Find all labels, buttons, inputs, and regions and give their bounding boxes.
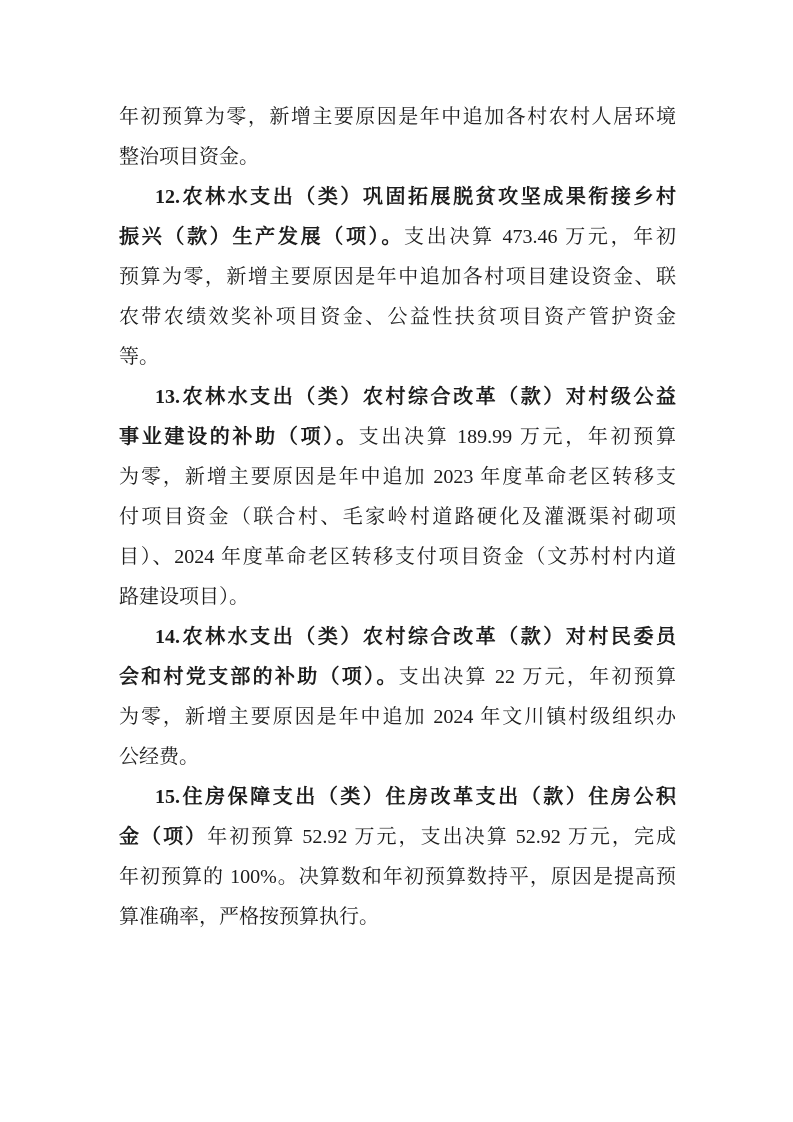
line-bold-segment: 振兴（款）生产发展（项）。 bbox=[119, 226, 404, 248]
line-regular-segment: 年初预算为零，新增主要原因是年中追加各村农村人居环境 bbox=[119, 106, 676, 128]
text-line: 农带农绩效奖补项目资金、公益性扶贫项目资产管护资金 bbox=[119, 297, 676, 337]
line-bold-segment: 会和村党支部的补助（项）。 bbox=[119, 666, 399, 688]
line-regular-segment: 预算为零，新增主要原因是年中追加各村项目建设资金、联 bbox=[119, 266, 676, 288]
text-line-heading-13: 13.农林水支出（类）农村综合改革（款）对村级公益 bbox=[119, 377, 676, 417]
text-line-heading-14: 14.农林水支出（类）农村综合改革（款）对村民委员 bbox=[119, 617, 676, 657]
line-regular-segment: 年初预算 52.92 万元，支出决算 52.92 万元，完成 bbox=[207, 826, 676, 848]
text-line: 会和村党支部的补助（项）。支出决算 22 万元，年初预算 bbox=[119, 657, 676, 697]
line-bold-segment: 12.农林水支出（类）巩固拓展脱贫攻坚成果衔接乡村 bbox=[155, 186, 676, 208]
line-regular-segment: 支出决算 473.46 万元，年初 bbox=[404, 226, 676, 248]
text-line: 为零，新增主要原因是年中追加 2024 年文川镇村级组织办 bbox=[119, 697, 676, 737]
line-regular-segment: 目）、2024 年度革命老区转移支付项目资金（文苏村村内道 bbox=[119, 546, 676, 568]
line-regular-segment: 年初预算的 100%。决算数和年初预算数持平，原因是提高预 bbox=[119, 866, 676, 888]
line-bold-segment: 13.农林水支出（类）农村综合改革（款）对村级公益 bbox=[155, 386, 676, 408]
line-bold-segment: 事业建设的补助（项）。 bbox=[119, 426, 359, 448]
line-regular-segment: 支出决算 189.99 万元，年初预算 bbox=[359, 426, 676, 448]
line-bold-segment: 14.农林水支出（类）农村综合改革（款）对村民委员 bbox=[155, 626, 676, 648]
text-line: 算准确率，严格按预算执行。 bbox=[119, 897, 676, 937]
text-line: 年初预算为零，新增主要原因是年中追加各村农村人居环境 bbox=[119, 97, 676, 137]
line-bold-segment: 15.住房保障支出（类）住房改革支出（款）住房公积 bbox=[155, 786, 676, 808]
text-line: 振兴（款）生产发展（项）。支出决算 473.46 万元，年初 bbox=[119, 217, 676, 257]
line-regular-segment: 为零，新增主要原因是年中追加 2024 年文川镇村级组织办 bbox=[119, 706, 676, 728]
line-regular-segment: 支出决算 22 万元，年初预算 bbox=[399, 666, 676, 688]
text-line: 年初预算的 100%。决算数和年初预算数持平，原因是提高预 bbox=[119, 857, 676, 897]
text-line: 等。 bbox=[119, 337, 676, 377]
text-line: 目）、2024 年度革命老区转移支付项目资金（文苏村村内道 bbox=[119, 537, 676, 577]
text-line: 整治项目资金。 bbox=[119, 137, 676, 177]
line-bold-segment: 金（项） bbox=[119, 826, 207, 848]
line-regular-segment: 算准确率，严格按预算执行。 bbox=[119, 906, 379, 928]
line-regular-segment: 为零，新增主要原因是年中追加 2023 年度革命老区转移支 bbox=[119, 466, 676, 488]
document-body: 年初预算为零，新增主要原因是年中追加各村农村人居环境 整治项目资金。 12.农林… bbox=[119, 97, 676, 937]
text-line: 路建设项目）。 bbox=[119, 577, 676, 617]
line-regular-segment: 路建设项目）。 bbox=[119, 586, 249, 608]
line-regular-segment: 等。 bbox=[119, 346, 159, 368]
line-regular-segment: 整治项目资金。 bbox=[119, 146, 259, 168]
text-line: 付项目资金（联合村、毛家岭村道路硬化及灌溉渠衬砌项 bbox=[119, 497, 676, 537]
text-line: 金（项）年初预算 52.92 万元，支出决算 52.92 万元，完成 bbox=[119, 817, 676, 857]
line-regular-segment: 农带农绩效奖补项目资金、公益性扶贫项目资产管护资金 bbox=[119, 306, 676, 328]
text-line: 预算为零，新增主要原因是年中追加各村项目建设资金、联 bbox=[119, 257, 676, 297]
document-page: 年初预算为零，新增主要原因是年中追加各村农村人居环境 整治项目资金。 12.农林… bbox=[0, 0, 793, 1122]
text-line: 事业建设的补助（项）。支出决算 189.99 万元，年初预算 bbox=[119, 417, 676, 457]
text-line-heading-15: 15.住房保障支出（类）住房改革支出（款）住房公积 bbox=[119, 777, 676, 817]
line-regular-segment: 付项目资金（联合村、毛家岭村道路硬化及灌溉渠衬砌项 bbox=[119, 506, 676, 528]
text-line-heading-12: 12.农林水支出（类）巩固拓展脱贫攻坚成果衔接乡村 bbox=[119, 177, 676, 217]
text-line: 公经费。 bbox=[119, 737, 676, 777]
text-line: 为零，新增主要原因是年中追加 2023 年度革命老区转移支 bbox=[119, 457, 676, 497]
line-regular-segment: 公经费。 bbox=[119, 746, 199, 768]
